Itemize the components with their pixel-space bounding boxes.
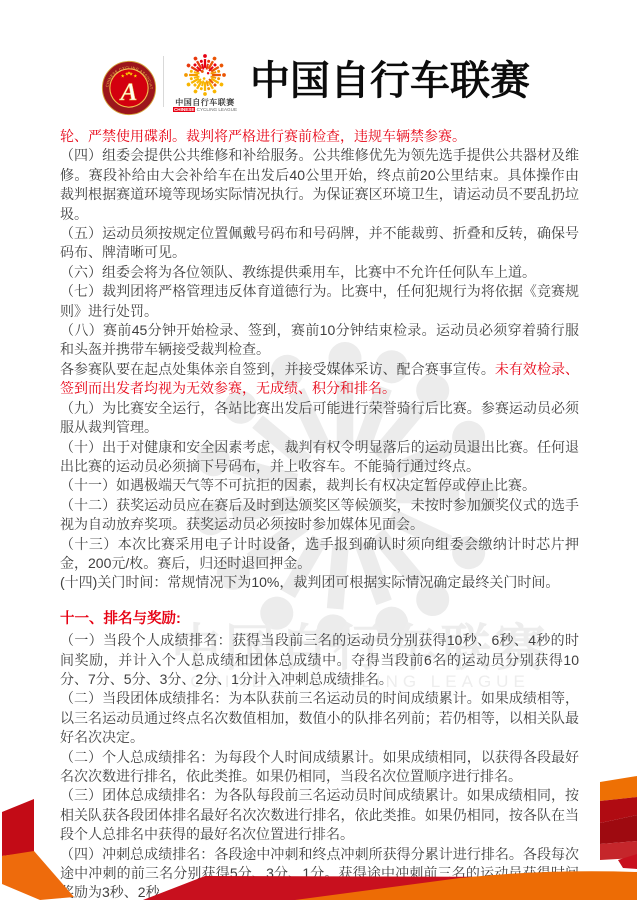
sunburst-icon (179, 52, 231, 98)
rule-paragraph-8b-normal: 各参赛队要在起点处集体亲自签到，并接受媒体采访、配合赛事宣传。 (60, 361, 495, 377)
association-monogram: A (119, 79, 138, 106)
league-logo-en-rest: CYCLING LEAGUE (197, 107, 237, 112)
rule-paragraph-7: （七）裁判团将严格管理违反体育道德行为。比赛中，任何犯规行为将依据《竞赛规则》进… (60, 282, 579, 321)
association-emblem-icon: CHINESE CYCLING ASSOCIATION ★ ★ ★ ★ ★ A (101, 60, 157, 116)
star-icon: ★ (133, 74, 137, 79)
page-title: 中国自行车联赛 (250, 57, 530, 105)
league-logo-en-red: CHINESE (173, 107, 195, 112)
ranking-paragraph-4: （三）团体总成绩排名：为各队每段前三名运动员时间成绩累计。如果成绩相同，按相关队… (60, 786, 579, 844)
ranking-paragraph-3: （二）个人总成绩排名：为每段个人时间成绩累计。如果成绩相同，以获得各段最好名次次… (60, 748, 579, 787)
league-logo-en-text: CHINESE CYCLING LEAGUE (171, 107, 239, 112)
rule-paragraph-4: （四）组委会提供公共维修和补给服务。公共维修优先为领先选手提供公共器材及维修。赛… (60, 146, 579, 224)
right-ribbon-seg2 (600, 797, 637, 823)
rule-paragraph-11: （十一）如遇极端天气等不可抗拒的因素，裁判长有权决定暂停或停止比赛。 (60, 476, 579, 495)
cycling-league-logo: 中国自行车联赛 CHINESE CYCLING LEAGUE (171, 50, 239, 118)
rule-paragraph-14: (十四)关门时间：常规情况下为10%，裁判团可根据实际情况确定最终关门时间。 (60, 573, 579, 592)
rule-paragraph-intro: 轮、严禁使用碟刹。裁判将严格进行赛前检查，违规车辆禁参赛。 (60, 127, 579, 146)
right-ribbon-seg4 (600, 841, 637, 860)
ranking-paragraph-1: （一）当段个人成绩排名：获得当段前三名的运动员分别获得10秒、6秒、4秒的时间奖… (60, 631, 579, 689)
cycling-association-logo: CHINESE CYCLING ASSOCIATION ★ ★ ★ ★ ★ A (101, 60, 157, 116)
ranking-paragraph-2: （二）当段团体成绩排名：为本队获前三名运动员的时间成绩累计。如果成绩相等，以三名… (60, 689, 579, 747)
logo-divider (163, 56, 164, 107)
right-ribbon-seg1 (600, 776, 637, 801)
rule-paragraph-13: （十三）本次比赛采用电子计时设备，选手报到确认时须向组委会缴纳计时芯片押金，20… (60, 535, 579, 574)
rule-paragraph-8: （八）赛前45分钟开始检录、签到，赛前10分钟结束检录。运动员必须穿着骑行服和头… (60, 321, 579, 360)
left-ribbon-dark-red (2, 799, 34, 856)
section-heading-ranking-awards: 十一、排名与奖励: (60, 610, 579, 629)
rule-paragraph-10: （十）出于对健康和安全因素考虑，裁判有权令明显落后的运动员退出比赛。任何退出比赛… (60, 438, 579, 477)
document-page: CHINESE CYCLING ASSOCIATION ★ ★ ★ ★ ★ A (0, 0, 637, 900)
rule-paragraph-12: （十二）获奖运动员应在赛后及时到达颁奖区等候颁奖，未按时参加颁奖仪式的选手视为自… (60, 496, 579, 535)
right-ribbon-seg3 (600, 815, 637, 844)
bottom-right-sliver (618, 854, 637, 869)
rule-paragraph-9: （九）为比赛安全运行，各站比赛出发后可能进行荣誉骑行后比赛。参赛运动员必须服从裁… (60, 399, 579, 438)
rules-content: 轮、严禁使用碟刹。裁判将严格进行赛前检查，违规车辆禁参赛。 （四）组委会提供公共… (60, 127, 579, 900)
rule-paragraph-8b: 各参赛队要在起点处集体亲自签到，并接受媒体采访、配合赛事宣传。未有效检录、签到而… (60, 360, 579, 399)
rule-paragraph-6: （六）组委会将为各位领队、教练提供乘用车，比赛中不允许任何队车上道。 (60, 263, 579, 282)
rule-paragraph-5: （五）运动员须按规定位置佩戴号码布和号码牌，并不能裁剪、折叠和反转，确保号码布、… (60, 224, 579, 263)
ranking-paragraph-5: （四）冲刺总成绩排名：各段途中冲刺和终点冲刺所获得分累计进行排名。各段每次途中冲… (60, 845, 579, 900)
